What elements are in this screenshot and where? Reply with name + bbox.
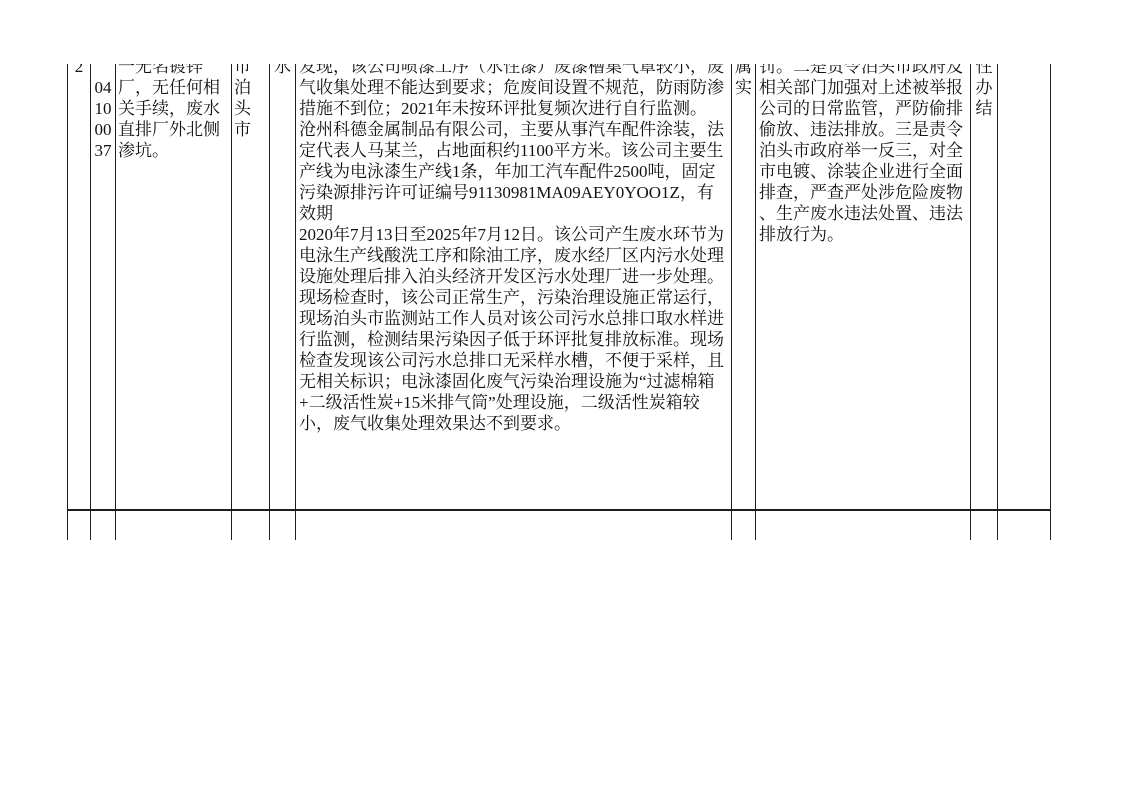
row-divider-line [67,509,1051,511]
cell-region: 市泊 头市 [231,64,269,540]
cell-complaint-description: 一无名镀锌 厂，无任何相 关手续，废水 直排厂外北侧 渗坑。 [115,64,231,540]
complaint-description-text: 一无名镀锌 厂，无任何相 关手续，废水 直排厂外北侧 渗坑。 [118,64,229,161]
seq-number-text: 2 [70,64,88,77]
document-page: 2 04 10 00 37 一无名镀锌 厂，无任何相 关手续，废水 直排厂外北侧… [0,0,1122,793]
cell-handling-measures: 罚。二是责令泊头市政府及 相关部门加强对上述被举报 公司的日常监管，严防偷排 偷… [755,64,970,540]
investigation-details-text: 发现，该公司喷漆工序（水性漆）废漆槽集气罩较小，废 气收集处理不能达到要求；危废… [299,64,728,434]
cell-remarks-empty [997,64,1051,540]
handling-measures-text: 罚。二是责令泊头市政府及 相关部门加强对上述被举报 公司的日常监管，严防偷排 偷… [759,64,967,245]
cell-seq-number: 2 [67,64,90,540]
table-row: 2 04 10 00 37 一无名镀锌 厂，无任何相 关手续，废水 直排厂外北侧… [67,64,1051,540]
cell-investigation-details: 发现，该公司喷漆工序（水性漆）废漆槽集气罩较小，废 气收集处理不能达到要求；危废… [295,64,731,540]
case-number-text: 04 10 00 37 [93,64,113,161]
handling-status-text: 性 办 结 [973,64,995,119]
cell-handling-status: 性 办 结 [970,64,997,540]
region-text: 市泊 头市 [234,64,267,140]
table-fragment: 2 04 10 00 37 一无名镀锌 厂，无任何相 关手续，废水 直排厂外北侧… [67,64,1051,540]
cell-pollution-type: 水 [269,64,295,540]
cell-case-number: 04 10 00 37 [90,64,115,540]
cell-verification-result: 属 实 [731,64,755,540]
verification-result-text: 属 实 [734,64,753,98]
pollution-type-text: 水 [272,64,293,77]
